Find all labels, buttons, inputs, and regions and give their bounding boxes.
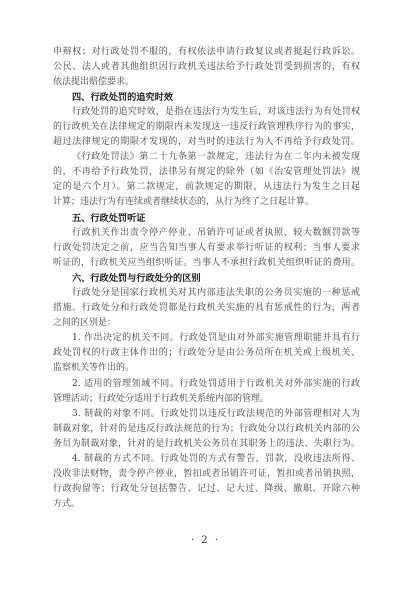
body-line: 之间的区别是： <box>53 316 360 331</box>
list-item-line: 制裁对象，针对的是违反行政法规范的行为；行政处分以行政机关内部的公 <box>53 422 360 437</box>
section-heading: 五、行政处罚听证 <box>53 211 360 226</box>
section-heading: 四、行政处罚的追究时效 <box>53 90 360 105</box>
body-line: 行政处分是国家行政机关对其内部违法失职的公务员实施的一种惩戒 <box>53 286 360 301</box>
list-item-line: 4. 制裁的方式不同。行政处罚的方式有警告，罚款，没收违法所得、 <box>53 452 360 467</box>
document-body: 申辩权；对行政处罚不服的，有权依法申请行政复议或者提起行政诉讼。 公民、法人或者… <box>53 45 360 513</box>
page-number: · 2 · <box>0 535 411 546</box>
body-line: 行政处罚的追究时效，是指在违法行为发生后，对该违法行为有处罚权 <box>53 105 360 120</box>
list-item-line: 2. 适用的管理领域不同。行政处罚适用于行政机关对外部实施的行政 <box>53 377 360 392</box>
list-item-line: 务员为制裁对象，针对的是行政机关公务员在其职务上的违法、失职行为。 <box>53 437 360 452</box>
body-line: 行政机关作出责令停产停业、吊销许可证或者执照、较大数额罚款等 <box>53 226 360 241</box>
list-item-line: 监察机关等作出的。 <box>53 361 360 376</box>
list-item-line: 政处罚权的行政主体作出的；行政处分是由公务员所在机关或上级机关、 <box>53 346 360 361</box>
body-line: 的，不再给予行政处罚，法律另有规定的除外（如《治安管理处罚法》规 <box>53 165 360 180</box>
body-line: 超过法律规定的期限才发现的，对当时的违法行为人不再给予行政处罚。 <box>53 135 360 150</box>
list-item-line: 3. 制裁的对象不同。行政处罚以违反行政法规范的外部管理相对人为 <box>53 407 360 422</box>
body-line: 定的是六个月）。第二款规定，前款规定的期限，从违法行为发生之日起 <box>53 180 360 195</box>
body-line: 的行政机关在法律规定的期限内未发现这一违反行政管理秩序行为的事实， <box>53 120 360 135</box>
list-item-line: 1. 作出决定的机关不同。行政处罚是由对外部实施管理职能并具有行 <box>53 331 360 346</box>
list-item-line: 方式。 <box>53 497 360 512</box>
list-item-line: 管理活动；行政处分适用于行政机关系统内部的管理。 <box>53 392 360 407</box>
body-line: 听证的，行政机关应当组织听证。当事人不承担行政机关组织听证的费用。 <box>53 256 360 271</box>
body-line: 计算；违法行为有连续或者继续状态的，从行为终了之日起计算。 <box>53 195 360 210</box>
section-heading: 六、行政处罚与行政处分的区别 <box>53 271 360 286</box>
list-item-line: 没收非法财物，责令停产停业，暂扣或者吊销许可证，暂扣或者吊销执照， <box>53 467 360 482</box>
body-line: 依法提出赔偿要求。 <box>53 75 360 90</box>
body-line: 行政处罚决定之前，应当告知当事人有要求举行听证的权利；当事人要求 <box>53 241 360 256</box>
list-item-line: 行政拘留等；行政处分包括警告、记过、记大过、降级、撤职、开除六种 <box>53 482 360 497</box>
body-line: 措施。行政处分和行政处罚都是行政机关实施的具有惩戒性的行为，两者 <box>53 301 360 316</box>
body-line: 公民、法人或者其他组织因行政机关违法给予行政处罚受到损害的，有权 <box>53 60 360 75</box>
body-line: 《行政处罚法》第二十九条第一款规定，违法行为在二年内未被发现 <box>53 150 360 165</box>
body-line: 申辩权；对行政处罚不服的，有权依法申请行政复议或者提起行政诉讼。 <box>53 45 360 60</box>
